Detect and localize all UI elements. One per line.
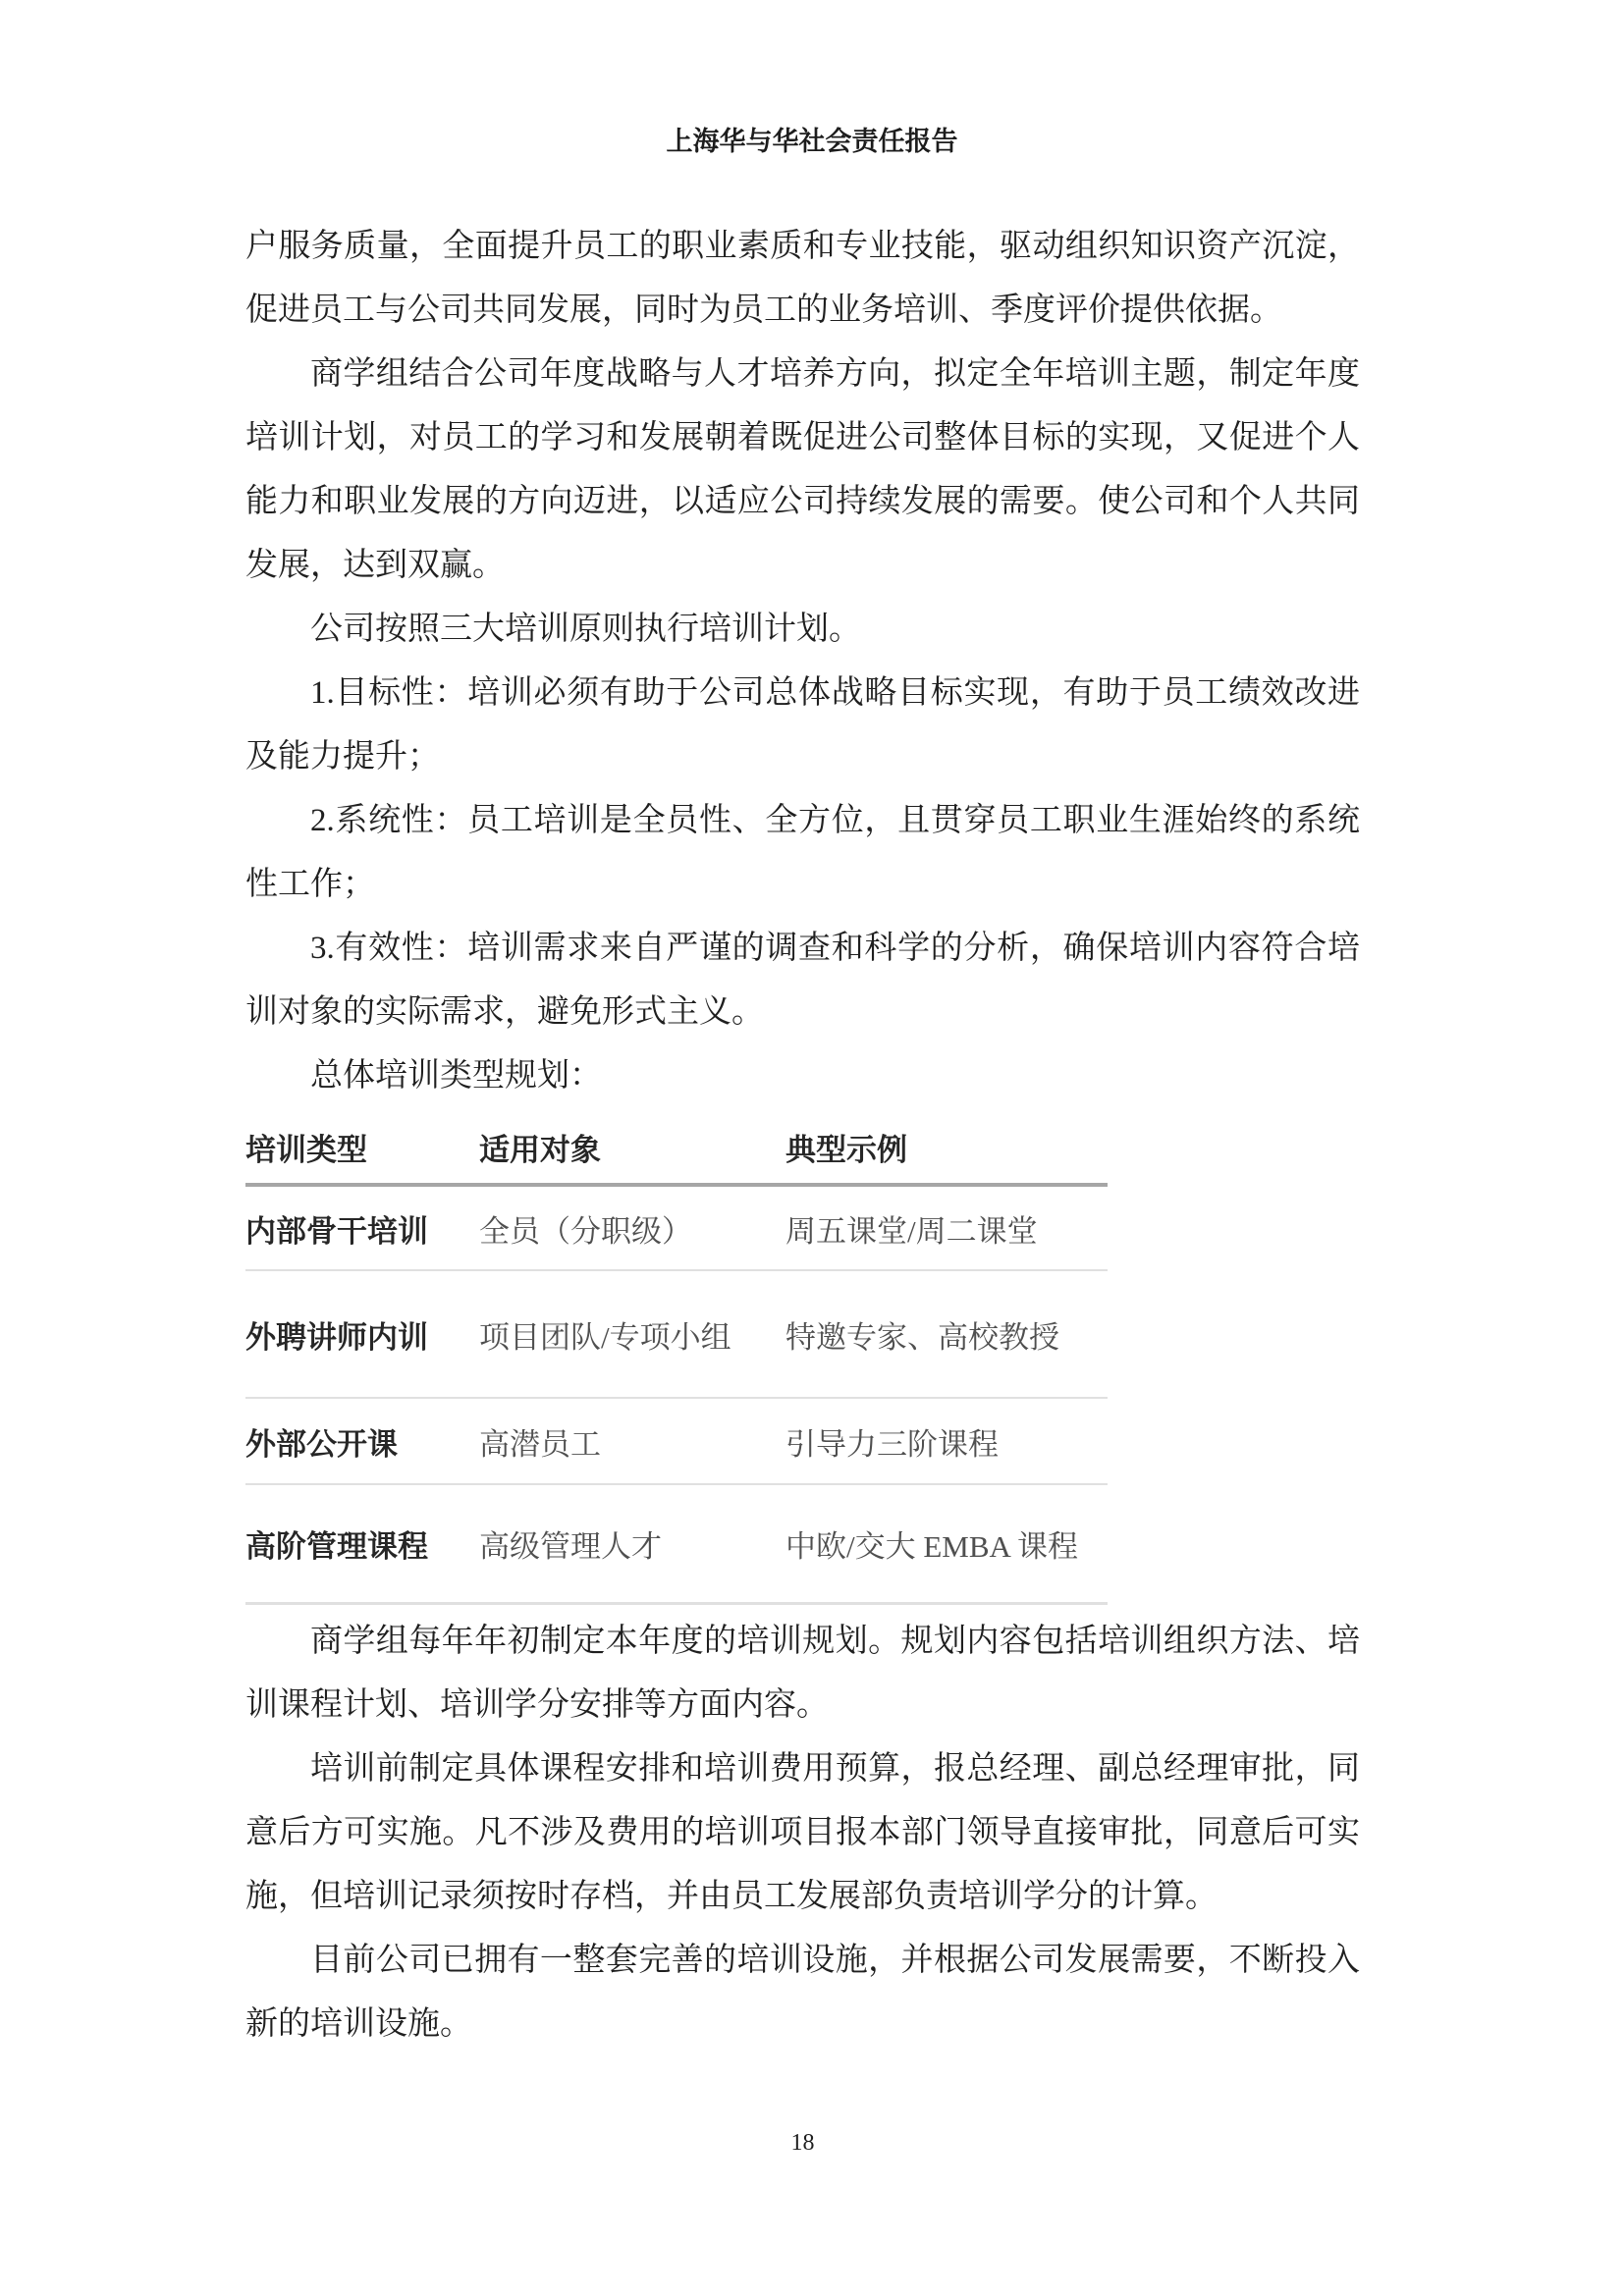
cell-typical-example: 中欧/交大 EMBA 课程 — [785, 1484, 1108, 1604]
table-row-senior-management: 高阶管理课程 高级管理人才 中欧/交大 EMBA 课程 — [245, 1484, 1108, 1604]
body-text-lower: 商学组每年年初制定本年度的培训规划。规划内容包括培训组织方法、培训课程计划、培训… — [245, 1610, 1360, 2056]
paragraph-approval-process: 培训前制定具体课程安排和培训费用预算，报总经理、副总经理审批，同意后方可实施。凡… — [245, 1737, 1360, 1929]
table-row-internal-backbone: 内部骨干培训 全员（分职级） 周五课堂/周二课堂 — [245, 1185, 1108, 1270]
document-page: 上海华与华社会责任报告 户服务质量，全面提升员工的职业素质和专业技能，驱动组织知… — [0, 0, 1624, 2296]
paragraph-principle-2-systematic: 2.系统性：员工培训是全员性、全方位，且贯穿员工职业生涯始终的系统性工作； — [245, 789, 1360, 917]
cell-typical-example: 引导力三阶课程 — [785, 1398, 1108, 1484]
table-row-external-lecturer: 外聘讲师内训 项目团队/专项小组 特邀专家、高校教授 — [245, 1270, 1108, 1398]
paragraph-service-quality-continued: 户服务质量，全面提升员工的职业素质和专业技能，驱动组织知识资产沉淀，促进员工与公… — [245, 215, 1360, 343]
column-header-training-type: 培训类型 — [245, 1111, 479, 1185]
cell-training-type: 内部骨干培训 — [245, 1185, 479, 1270]
column-header-target-audience: 适用对象 — [479, 1111, 785, 1185]
body-text-upper: 户服务质量，全面提升员工的职业素质和专业技能，驱动组织知识资产沉淀，促进员工与公… — [245, 0, 1360, 1108]
cell-target-audience: 全员（分职级） — [479, 1185, 785, 1270]
paragraph-principle-3-effective: 3.有效性：培训需求来自严谨的调查和科学的分析，确保培训内容符合培训对象的实际需… — [245, 917, 1360, 1044]
table-row-public-course: 外部公开课 高潜员工 引导力三阶课程 — [245, 1398, 1108, 1484]
cell-target-audience: 高级管理人才 — [479, 1484, 785, 1604]
paragraph-business-school-strategy: 商学组结合公司年度战略与人才培养方向，拟定全年培训主题，制定年度培训计划，对员工… — [245, 343, 1360, 598]
cell-training-type: 外聘讲师内训 — [245, 1270, 479, 1398]
cell-typical-example: 特邀专家、高校教授 — [785, 1270, 1108, 1398]
paragraph-training-facilities: 目前公司已拥有一整套完善的培训设施，并根据公司发展需要，不断投入新的培训设施。 — [245, 1929, 1360, 2056]
cell-typical-example: 周五课堂/周二课堂 — [785, 1185, 1108, 1270]
cell-target-audience: 项目团队/专项小组 — [479, 1270, 785, 1398]
cell-target-audience: 高潜员工 — [479, 1398, 785, 1484]
cell-training-type: 外部公开课 — [245, 1398, 479, 1484]
page-number: 18 — [245, 2128, 1360, 2158]
paragraph-annual-training-plan: 商学组每年年初制定本年度的培训规划。规划内容包括培训组织方法、培训课程计划、培训… — [245, 1610, 1360, 1737]
paragraph-training-plan-intro: 总体培训类型规划： — [245, 1044, 1360, 1108]
paragraph-three-principles-intro: 公司按照三大培训原则执行培训计划。 — [245, 598, 1360, 662]
training-types-table: 培训类型 适用对象 典型示例 内部骨干培训 全员（分职级） 周五课堂/周二课堂 … — [245, 1111, 1108, 1605]
column-header-typical-example: 典型示例 — [785, 1111, 1108, 1185]
cell-training-type: 高阶管理课程 — [245, 1484, 479, 1604]
table-header-row: 培训类型 适用对象 典型示例 — [245, 1111, 1108, 1185]
paragraph-principle-1-goal: 1.目标性：培训必须有助于公司总体战略目标实现，有助于员工绩效改进及能力提升； — [245, 662, 1360, 789]
document-header-title: 上海华与华社会责任报告 — [0, 124, 1624, 159]
